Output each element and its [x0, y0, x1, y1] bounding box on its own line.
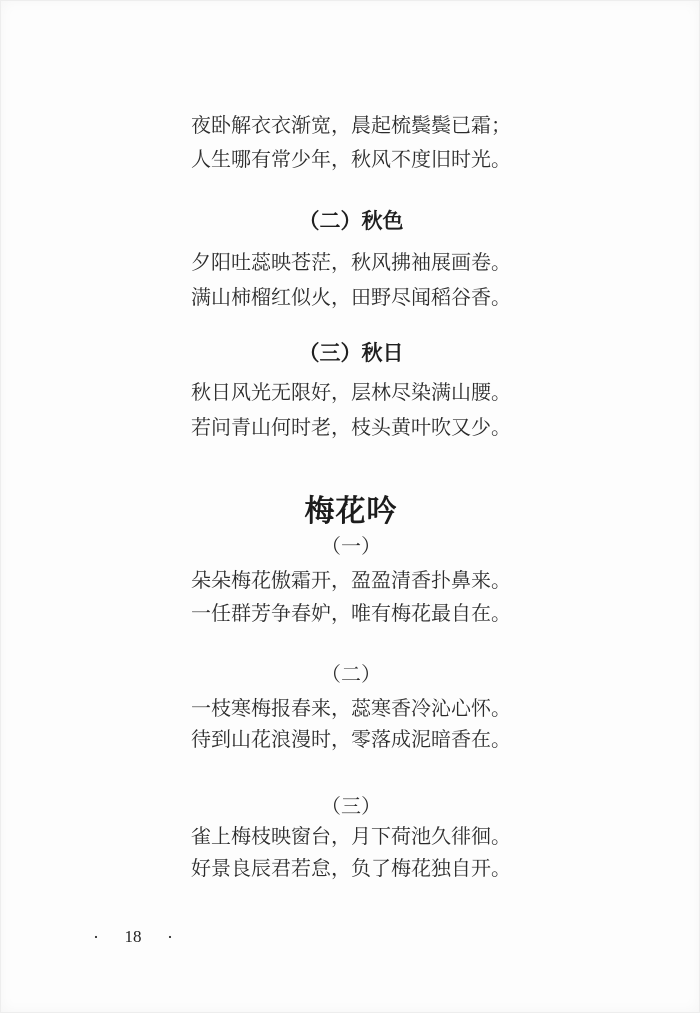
stanza-marker: （三）	[4, 793, 698, 821]
poem-line: 夜卧解衣衣渐宽，晨起梳鬓鬓已霜；	[4, 112, 698, 140]
poem-line: 秋日风光无限好，层林尽染满山腰。	[4, 379, 698, 407]
poem-line: 待到山花浪漫时，零落成泥暗香在。	[4, 726, 698, 754]
page-number-left-dot: ·	[93, 925, 99, 949]
stanza-marker: （二）	[4, 661, 698, 689]
book-page: 夜卧解衣衣渐宽，晨起梳鬓鬓已霜； 人生哪有常少年，秋风不度旧时光。 （二）秋色 …	[0, 0, 700, 1013]
poem-line: 朵朵梅花傲霜开，盈盈清香扑鼻来。	[4, 567, 698, 595]
page-number-value: 18	[125, 925, 142, 949]
stanza-heading: （三）秋日	[4, 339, 698, 367]
page-number: · 18 ·	[93, 925, 173, 949]
stanza-marker: （一）	[4, 533, 698, 561]
stanza-heading: （二）秋色	[4, 207, 698, 235]
poem-line: 人生哪有常少年，秋风不度旧时光。	[4, 146, 698, 174]
poem-line: 夕阳吐蕊映苍茫，秋风拂袖展画卷。	[4, 249, 698, 277]
poem-line: 满山柿榴红似火，田野尽闻稻谷香。	[4, 284, 698, 312]
poem-title: 梅花吟	[4, 491, 698, 533]
poem-line: 若问青山何时老，枝头黄叶吹又少。	[4, 414, 698, 442]
poem-line: 一枝寒梅报春来，蕊寒香冷沁心怀。	[4, 695, 698, 723]
page-number-right-dot: ·	[167, 925, 173, 949]
poem-line: 一任群芳争春妒，唯有梅花最自在。	[4, 600, 698, 628]
poem-line: 雀上梅枝映窗台，月下荷池久徘徊。	[4, 823, 698, 851]
poem-line: 好景良辰君若怠，负了梅花独自开。	[4, 855, 698, 883]
